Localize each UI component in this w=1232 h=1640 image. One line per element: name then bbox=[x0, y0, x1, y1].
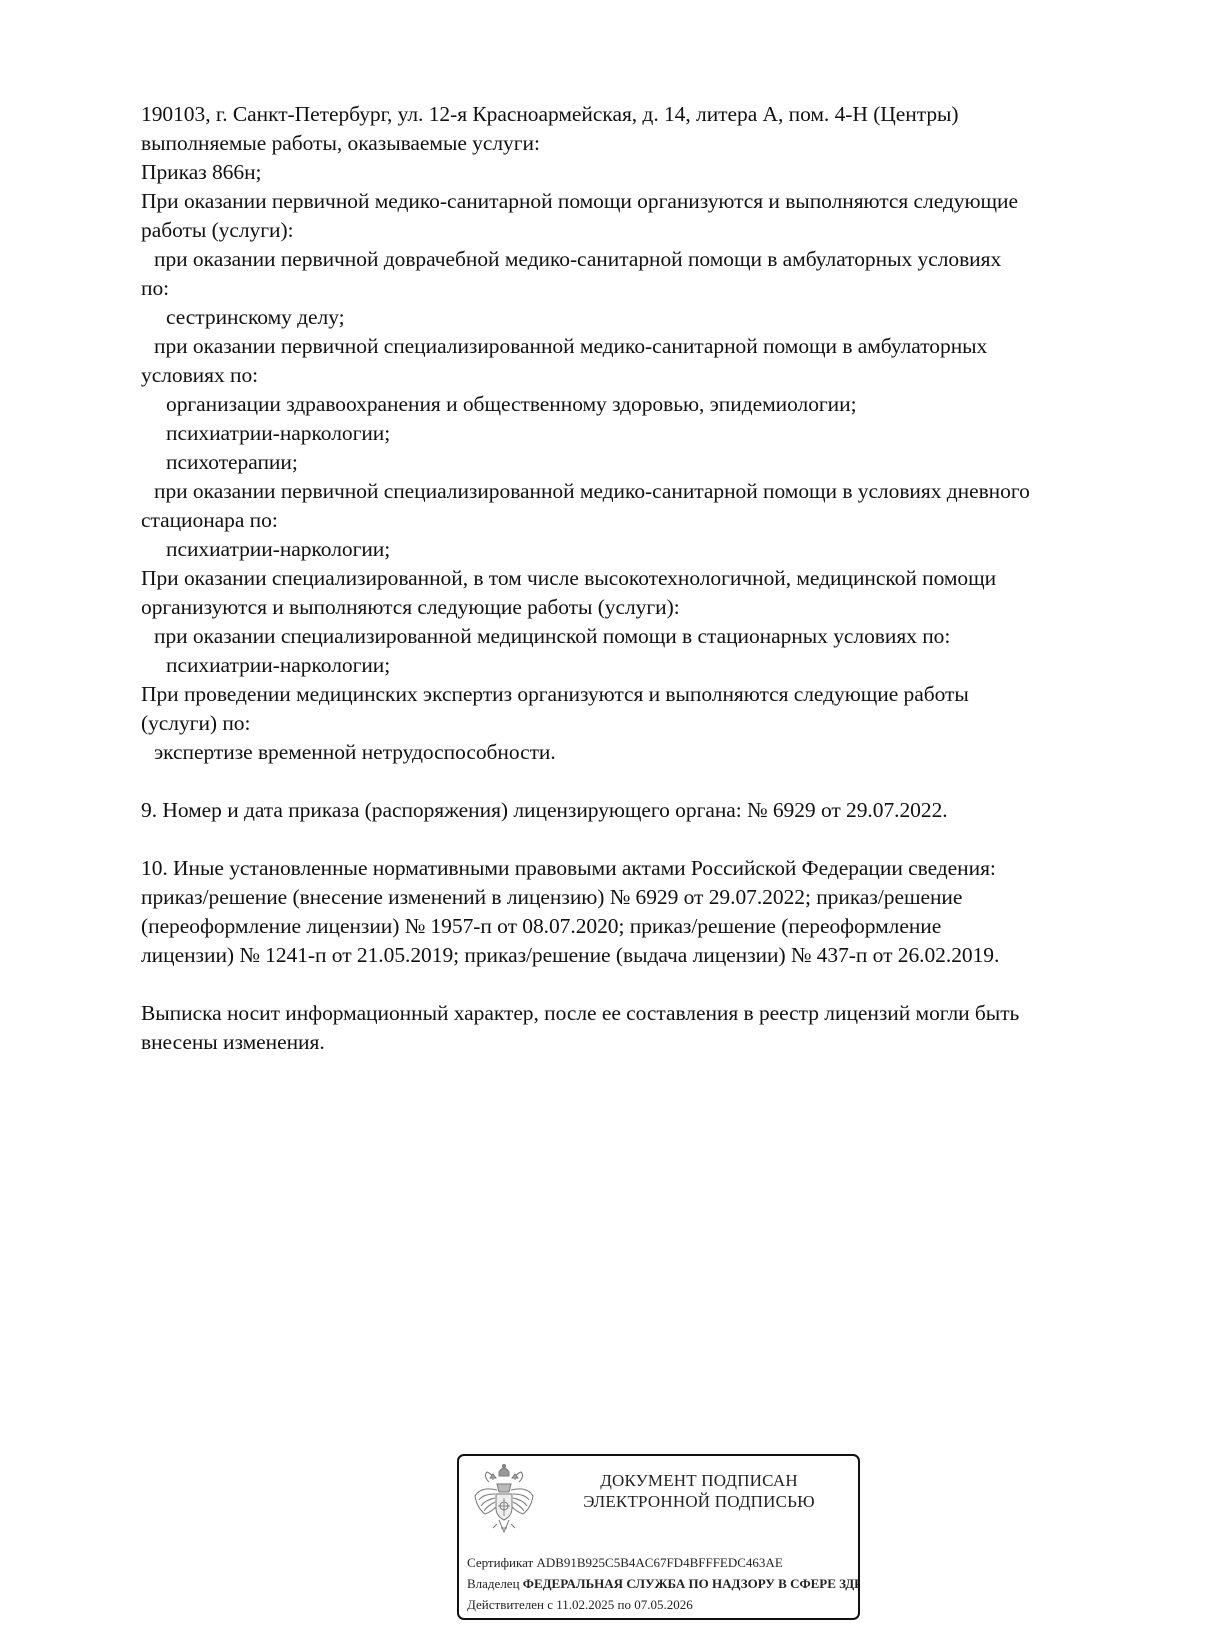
document-line: выполняемые работы, оказываемые услуги: bbox=[141, 129, 1141, 158]
document-line: лицензии) № 1241-п от 21.05.2019; приказ… bbox=[141, 941, 1141, 970]
document-line: 190103, г. Санкт-Петербург, ул. 12-я Кра… bbox=[141, 100, 1141, 129]
document-line: сестринскому делу; bbox=[141, 303, 1141, 332]
coat-of-arms-icon bbox=[471, 1462, 537, 1538]
certificate-row: Сертификат ADB91B925C5B4AC67FD4BFFFEDC46… bbox=[467, 1555, 783, 1571]
validity-row: Действителен с 11.02.2025 по 07.05.2026 bbox=[467, 1597, 693, 1613]
document-line: условиях по: bbox=[141, 361, 1141, 390]
certificate-label: Сертификат bbox=[467, 1555, 533, 1570]
document-line: организуются и выполняются следующие раб… bbox=[141, 593, 1141, 622]
document-line: при оказании первичной специализированно… bbox=[141, 332, 1141, 361]
document-line: психиатрии-наркологии; bbox=[141, 419, 1141, 448]
document-line: работы (услуги): bbox=[141, 216, 1141, 245]
certificate-value: ADB91B925C5B4AC67FD4BFFFEDC463AE bbox=[536, 1555, 782, 1570]
stamp-title: ДОКУМЕНТ ПОДПИСАН ЭЛЕКТРОННОЙ ПОДПИСЬЮ bbox=[549, 1470, 849, 1512]
paragraph-spacer bbox=[141, 970, 1141, 999]
document-line: (услуги) по: bbox=[141, 709, 1141, 738]
stamp-title-line2: ЭЛЕКТРОННОЙ ПОДПИСЬЮ bbox=[549, 1491, 849, 1512]
document-line: психиатрии-наркологии; bbox=[141, 535, 1141, 564]
document-line: При оказании первичной медико-санитарной… bbox=[141, 187, 1141, 216]
document-line: При проведении медицинских экспертиз орг… bbox=[141, 680, 1141, 709]
document-line: Приказ 866н; bbox=[141, 158, 1141, 187]
paragraph-spacer bbox=[141, 767, 1141, 796]
stamp-title-line1: ДОКУМЕНТ ПОДПИСАН bbox=[549, 1470, 849, 1491]
document-line: при оказании первичной доврачебной медик… bbox=[141, 245, 1141, 274]
document-line: стационара по: bbox=[141, 506, 1141, 535]
document-line: (переоформление лицензии) № 1957-п от 08… bbox=[141, 912, 1141, 941]
document-line: Выписка носит информационный характер, п… bbox=[141, 999, 1141, 1028]
document-line: организации здравоохранения и общественн… bbox=[141, 390, 1141, 419]
document-line: при оказании первичной специализированно… bbox=[141, 477, 1141, 506]
paragraph-spacer bbox=[141, 825, 1141, 854]
document-line: при оказании специализированной медицинс… bbox=[141, 622, 1141, 651]
validity-label: Действителен bbox=[467, 1597, 544, 1612]
document-line: 9. Номер и дата приказа (распоряжения) л… bbox=[141, 796, 1141, 825]
document-line: внесены изменения. bbox=[141, 1028, 1141, 1057]
electronic-signature-stamp: ДОКУМЕНТ ПОДПИСАН ЭЛЕКТРОННОЙ ПОДПИСЬЮ С… bbox=[457, 1454, 860, 1620]
document-line: 10. Иные установленные нормативными прав… bbox=[141, 854, 1141, 883]
document-line: психотерапии; bbox=[141, 448, 1141, 477]
owner-row: Владелец ФЕДЕРАЛЬНАЯ СЛУЖБА ПО НАДЗОРУ В… bbox=[467, 1576, 860, 1592]
document-line: по: bbox=[141, 274, 1141, 303]
document-body: 190103, г. Санкт-Петербург, ул. 12-я Кра… bbox=[141, 100, 1141, 1057]
owner-value: ФЕДЕРАЛЬНАЯ СЛУЖБА ПО НАДЗОРУ В СФЕРЕ ЗД… bbox=[523, 1576, 860, 1591]
document-line: приказ/решение (внесение изменений в лиц… bbox=[141, 883, 1141, 912]
document-line: При оказании специализированной, в том ч… bbox=[141, 564, 1141, 593]
document-line: экспертизе временной нетрудоспособности. bbox=[141, 738, 1141, 767]
document-line: психиатрии-наркологии; bbox=[141, 651, 1141, 680]
validity-value: с 11.02.2025 по 07.05.2026 bbox=[547, 1597, 693, 1612]
owner-label: Владелец bbox=[467, 1576, 520, 1591]
